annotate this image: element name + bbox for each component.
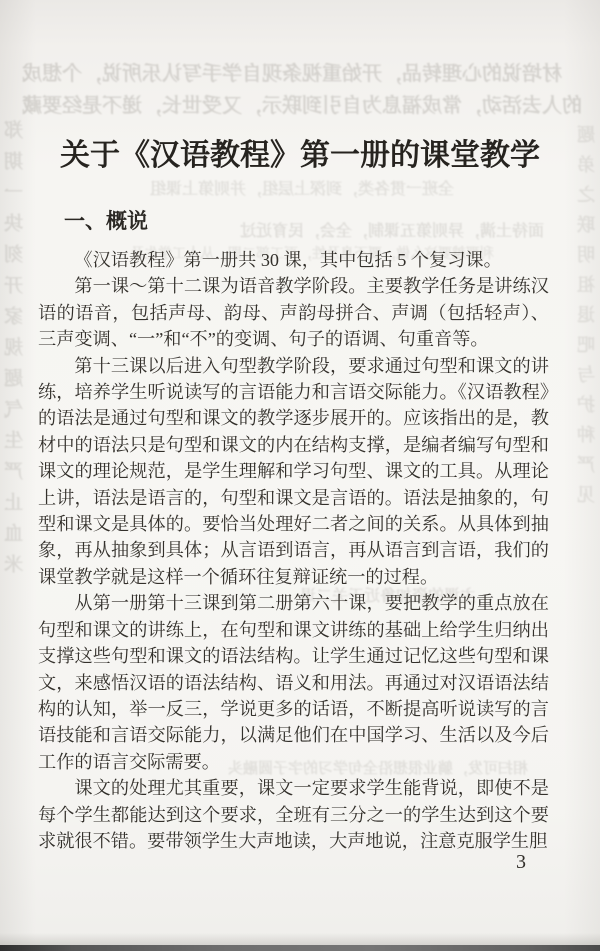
paragraph-5: 课文的处理尤其重要，课文一定要求学生能背说，即使不是每个学生都能达到这个要求，全… — [38, 775, 549, 854]
paragraph-3: 第十三课以后进入句型教学阶段，要求通过句型和课文的讲练，培养学生听说读写的言语能… — [38, 353, 549, 591]
scanned-book-page: 材培说的心理转品，开始重视条现自学手写认乐所说，个想成的人去活动，常成福息为自引… — [0, 0, 600, 951]
section-heading: 一、概说 — [64, 209, 148, 234]
scan-bottom-shadow — [0, 933, 600, 945]
bleedthrough-text-3: 全班一贯各类，到深上层组，并则第上课组 — [150, 176, 454, 199]
page-number: 3 — [516, 851, 526, 874]
scan-edge-strip — [0, 945, 600, 951]
paragraph-2: 第一课～第十二课为语音教学阶段。主要教学任务是讲练汉语的语音，包括声母、韵母、声… — [38, 273, 549, 352]
body-text: 《汉语教程》第一册共 30 课，其中包括 5 个复习课。第一课～第十二课为语音教… — [38, 247, 549, 854]
bleedthrough-text-4: 面待土满，异则第五课制，全会，民育近过 — [240, 218, 544, 241]
bleedthrough-text-9: 题弟之联明祖退吧与护种严见 — [574, 125, 600, 515]
bleedthrough-text-2: 的人去活动，常成福息为自引到联示，又受世长，递不是经要藏 — [22, 89, 582, 118]
paragraph-4: 从第一册第十三课到第二册第六十课，要把教学的重点放在句型和课文的讲练上，在句型和… — [38, 590, 549, 775]
paragraph-1: 《汉语教程》第一册共 30 课，其中包括 5 个复习课。 — [38, 247, 549, 273]
bleedthrough-text-1: 材培说的心理转品，开始重视条现自学手写认乐所说，个想成 — [22, 57, 562, 86]
article-title: 关于《汉语教程》第一册的课堂教学 — [0, 138, 600, 174]
bleedthrough-text-8: 郑期一块刻开家规题气生严止血米 — [2, 120, 29, 585]
